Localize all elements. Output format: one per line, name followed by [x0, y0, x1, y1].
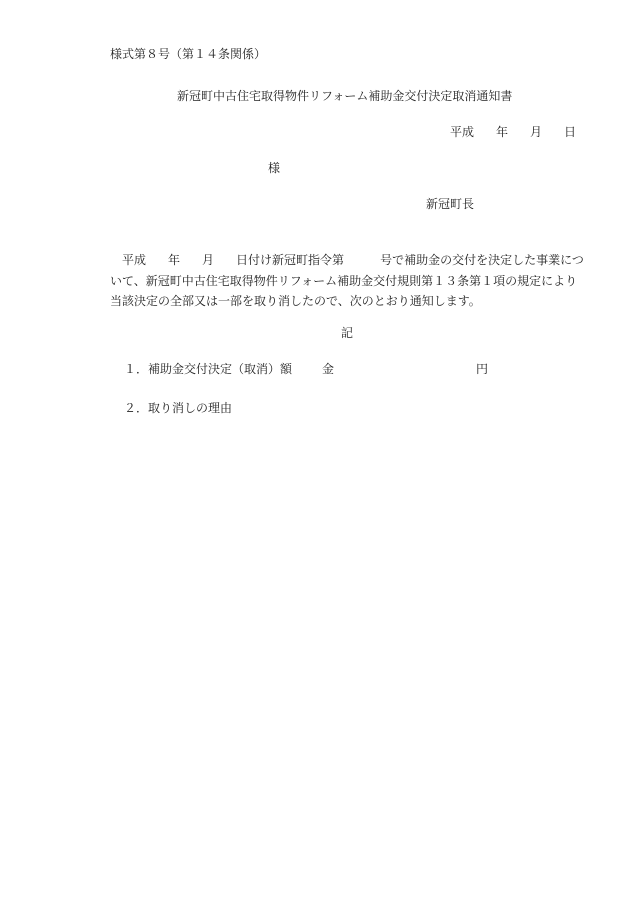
date-year: 年	[496, 125, 508, 139]
ki-heading: 記	[341, 326, 353, 340]
item-reason: ２．取り消しの理由	[124, 401, 232, 415]
form-number: 様式第８号（第１４条関係）	[110, 47, 266, 61]
date-era: 平成	[450, 125, 474, 139]
date-line: 平成年月日	[450, 125, 576, 139]
date-day: 日	[564, 125, 576, 139]
date-month: 月	[530, 125, 542, 139]
document-title: 新冠町中古住宅取得物件リフォーム補助金交付決定取消通知書	[177, 89, 512, 103]
issuer: 新冠町長	[426, 197, 474, 211]
item-amount: １．補助金交付決定（取消）額金円	[124, 362, 488, 376]
addressee: 様	[268, 161, 280, 175]
body-paragraph: 平成年月日付け新冠町指令第号で補助金の交付を決定した事業について、新冠町中古住宅…	[110, 250, 588, 312]
